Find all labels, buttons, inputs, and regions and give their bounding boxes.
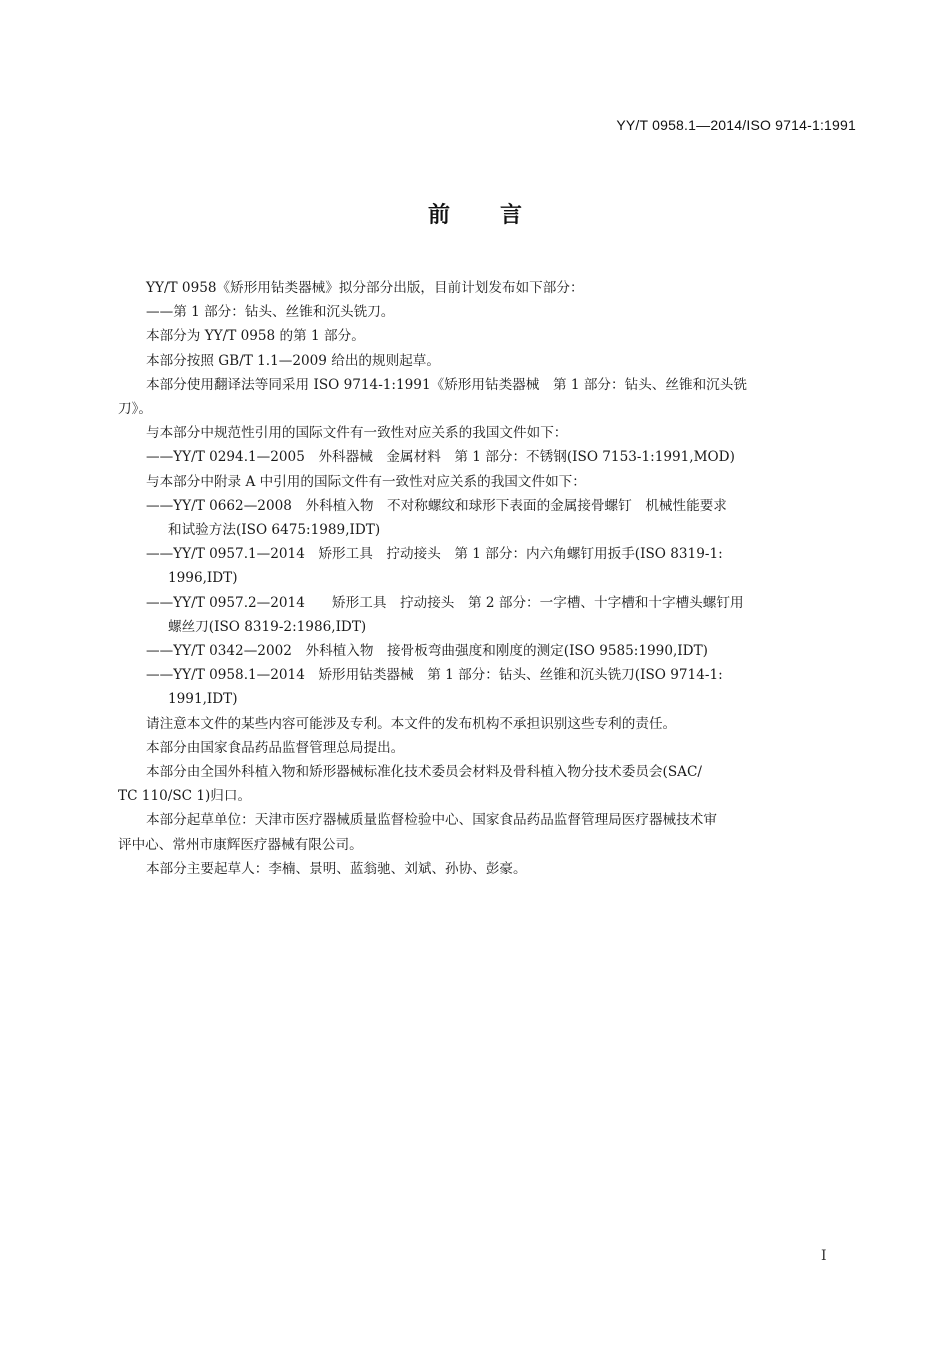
dash-item: ——YY/T 0957.1—2014 矫形工具 拧动接头 第 1 部分：内六角螺… xyxy=(118,542,858,566)
paragraph: 请注意本文件的某些内容可能涉及专利。本文件的发布机构不承担识别这些专利的责任。 xyxy=(118,712,858,736)
title-char-1: 前 xyxy=(428,203,450,228)
dash-item-continuation: 1996,IDT) xyxy=(118,566,858,590)
page-title: 前言 xyxy=(0,198,950,229)
paragraph: 与本部分中规范性引用的国际文件有一致性对应关系的我国文件如下： xyxy=(118,421,858,445)
paragraph: YY/T 0958《矫形用钻类器械》拟分部分出版，目前计划发布如下部分： xyxy=(118,276,858,300)
paragraph-continuation: TC 110/SC 1)归口。 xyxy=(118,784,858,808)
paragraph: 本部分起草单位：天津市医疗器械质量监督检验中心、国家食品药品监督管理局医疗器械技… xyxy=(118,808,858,832)
paragraph: 本部分按照 GB/T 1.1—2009 给出的规则起草。 xyxy=(118,349,858,373)
dash-item: ——YY/T 0662—2008 外科植入物 不对称螺纹和球形下表面的金属接骨螺… xyxy=(118,494,858,518)
dash-item-continuation: 螺丝刀(ISO 8319-2:1986,IDT) xyxy=(118,615,858,639)
paragraph: 本部分由国家食品药品监督管理总局提出。 xyxy=(118,736,858,760)
dash-item: ——YY/T 0958.1—2014 矫形用钻类器械 第 1 部分：钻头、丝锥和… xyxy=(118,663,858,687)
dash-item: ——第 1 部分：钻头、丝锥和沉头铣刀。 xyxy=(118,300,858,324)
dash-item-continuation: 和试验方法(ISO 6475:1989,IDT) xyxy=(118,518,858,542)
foreword-body: YY/T 0958《矫形用钻类器械》拟分部分出版，目前计划发布如下部分： ——第… xyxy=(118,276,858,881)
paragraph: 本部分由全国外科植入物和矫形器械标准化技术委员会材料及骨科植入物分技术委员会(S… xyxy=(118,760,858,784)
dash-item: ——YY/T 0957.2—2014 矫形工具 拧动接头 第 2 部分：一字槽、… xyxy=(118,591,858,615)
page-number: I xyxy=(821,1248,827,1264)
dash-item: ——YY/T 0294.1—2005 外科器械 金属材料 第 1 部分：不锈钢(… xyxy=(118,445,858,469)
paragraph-continuation: 刀》。 xyxy=(118,397,858,421)
dash-item-continuation: 1991,IDT) xyxy=(118,687,858,711)
paragraph: 本部分使用翻译法等同采用 ISO 9714-1:1991《矫形用钻类器械 第 1… xyxy=(118,373,858,397)
standard-code-header: YY/T 0958.1—2014/ISO 9714-1:1991 xyxy=(616,117,856,133)
paragraph: 本部分为 YY/T 0958 的第 1 部分。 xyxy=(118,324,858,348)
paragraph: 本部分主要起草人：李楠、景明、蓝翁驰、刘斌、孙协、彭豪。 xyxy=(118,857,858,881)
dash-item: ——YY/T 0342—2002 外科植入物 接骨板弯曲强度和刚度的测定(ISO… xyxy=(118,639,858,663)
paragraph-continuation: 评中心、常州市康辉医疗器械有限公司。 xyxy=(118,833,858,857)
title-char-2: 言 xyxy=(500,203,522,228)
paragraph: 与本部分中附录 A 中引用的国际文件有一致性对应关系的我国文件如下： xyxy=(118,470,858,494)
